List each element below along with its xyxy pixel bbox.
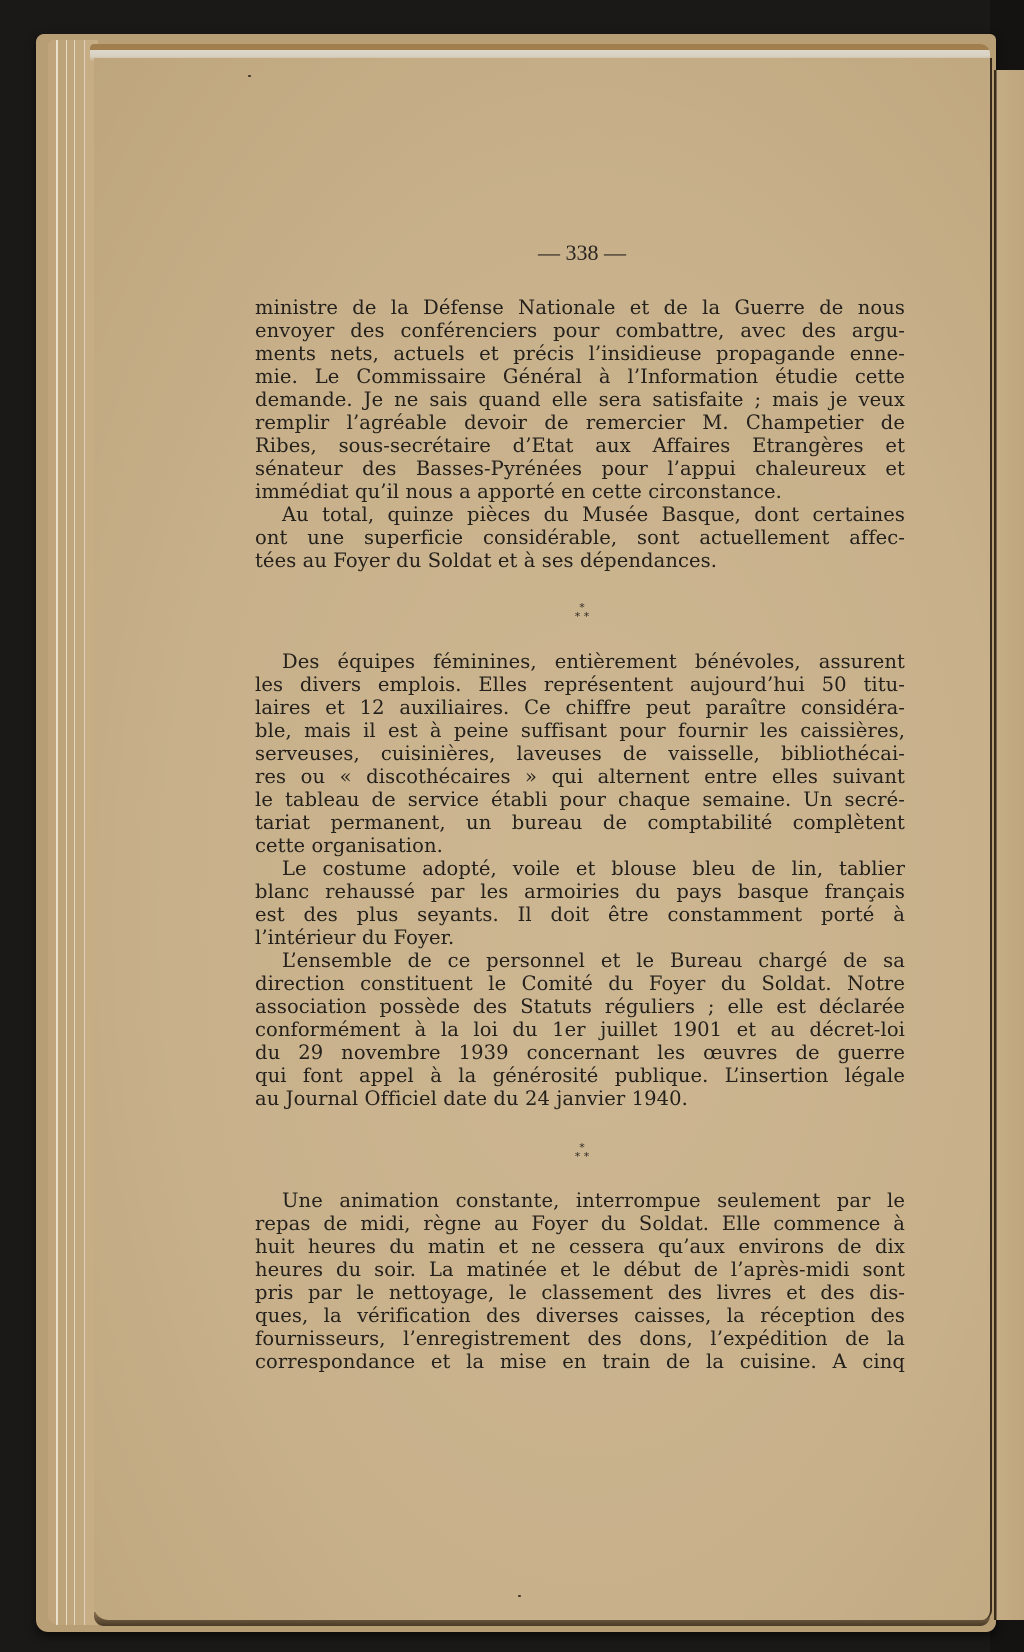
page-stack-edges: [48, 40, 98, 1625]
text-line: pris par le nettoyage, le classement des…: [255, 1282, 905, 1304]
text-line: le tableau de service établi pour chaque…: [255, 789, 905, 811]
adjacent-page-edge: [994, 70, 1024, 1620]
text-line: ble, mais il est à peine suffisant pour …: [255, 720, 905, 742]
text-line: fournisseurs, l’enregistrement des dons,…: [255, 1328, 905, 1350]
text-line: heures du soir. La matinée et le début d…: [255, 1259, 905, 1281]
text-line: repas de midi, règne au Foyer du Soldat.…: [255, 1213, 905, 1235]
text-line: tariat permanent, un bureau de comptabil…: [255, 812, 905, 834]
text-line: huit heures du matin et ne cessera qu’au…: [255, 1236, 905, 1258]
text-line: au Journal Officiel date du 24 janvier 1…: [255, 1088, 905, 1110]
paper-speck: [518, 1595, 521, 1597]
text-line: envoyer des conférenciers pour combattre…: [255, 320, 905, 342]
asterism-stars-bottom: * *: [140, 612, 1024, 621]
text-line: serveuses, cuisinières, laveuses de vais…: [255, 743, 905, 765]
text-line: sénateur des Basses-Pyrénées pour l’appu…: [255, 458, 905, 480]
text-line: ont une superficie considérable, sont ac…: [255, 527, 905, 549]
text-line: laires et 12 auxiliaires. Ce chiffre peu…: [255, 697, 905, 719]
paper-speck: [248, 75, 251, 77]
text-line: correspondance et la mise en train de la…: [255, 1351, 905, 1373]
text-line: est des plus seyants. Il doit être const…: [255, 904, 905, 926]
text-line: ques, la vérification des diverses caiss…: [255, 1305, 905, 1327]
text-line: cette organisation.: [255, 835, 905, 857]
text-line: ministre de la Défense Nationale et de l…: [255, 297, 905, 319]
text-line: Au total, quinze pièces du Musée Basque,…: [255, 504, 905, 526]
text-line: qui font appel à la générosité publique.…: [255, 1065, 905, 1087]
asterism-separator: * * *: [0, 1143, 1024, 1161]
text-line: association possède des Statuts régulier…: [255, 996, 905, 1018]
text-line: direction constituent le Comité du Foyer…: [255, 973, 905, 995]
text-line: res ou « discothécaires » qui alternent …: [255, 766, 905, 788]
text-line: immédiat qu’il nous a apporté en cette c…: [255, 481, 905, 503]
text-line: mie. Le Commissaire Général à l’Informat…: [255, 366, 905, 388]
text-line: demande. Je ne sais quand elle sera sati…: [255, 389, 905, 411]
text-line: du 29 novembre 1939 concernant les œuvre…: [255, 1042, 905, 1064]
page-number: — 338 —: [0, 240, 1024, 266]
text-line: conformément à la loi du 1er juillet 190…: [255, 1019, 905, 1041]
text-line: Une animation constante, interrompue seu…: [255, 1190, 905, 1212]
text-line: tées au Foyer du Soldat et à ses dépenda…: [255, 550, 905, 572]
text-line: Des équipes féminines, entièrement bénév…: [255, 651, 905, 673]
text-line: Ribes, sous-secrétaire d’Etat aux Affair…: [255, 435, 905, 457]
text-line: les divers emplois. Elles représentent a…: [255, 674, 905, 696]
text-line: remplir l’agréable devoir de remercier M…: [255, 412, 905, 434]
text-line: blanc rehaussé par les armoiries du pays…: [255, 881, 905, 903]
text-line: ments nets, actuels et précis l’insidieu…: [255, 343, 905, 365]
text-line: Le costume adopté, voile et blouse bleu …: [255, 858, 905, 880]
text-line: L’ensemble de ce personnel et le Bureau …: [255, 950, 905, 972]
text-line: l’intérieur du Foyer.: [255, 927, 905, 949]
asterism-stars-bottom: * *: [140, 1152, 1024, 1161]
asterism-separator: * * *: [0, 603, 1024, 621]
